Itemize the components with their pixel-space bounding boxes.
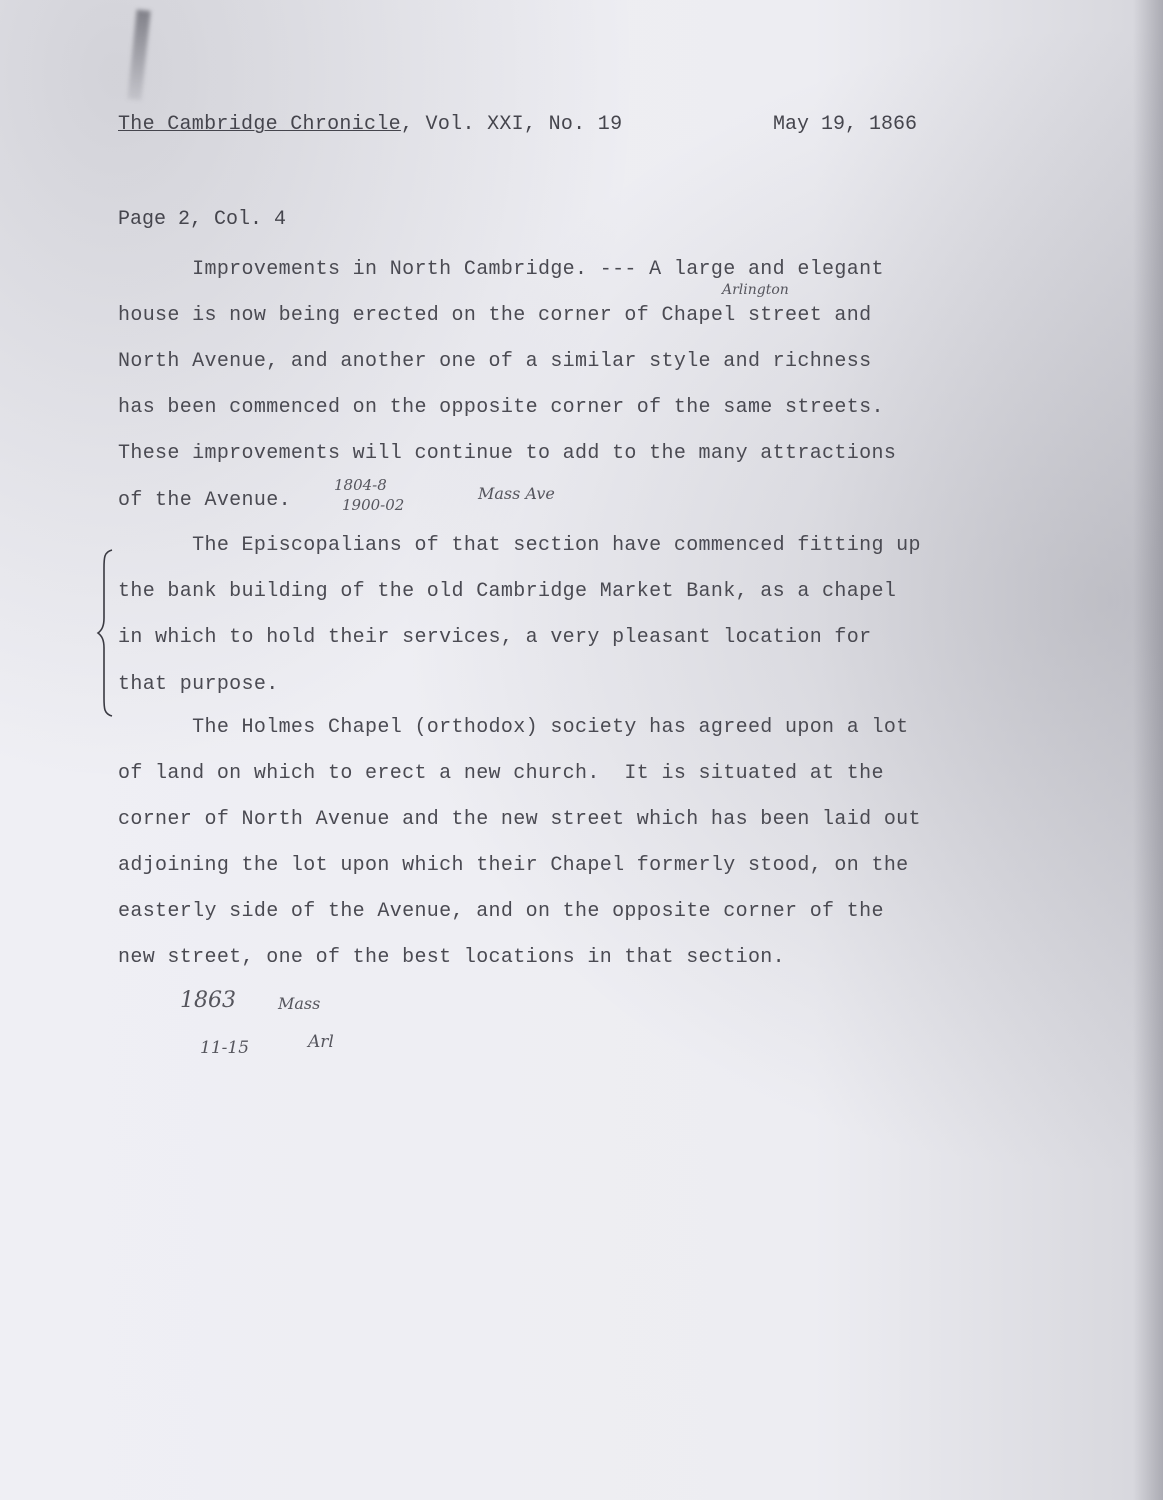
handwritten-mass-ave: Mass Ave	[478, 484, 555, 503]
handwritten-dates-2: 1900-02	[342, 496, 404, 514]
handwritten-dates-1: 1804-8	[334, 476, 387, 494]
text-line: in which to hold their services, a very …	[118, 626, 871, 649]
text-line: has been commenced on the opposite corne…	[118, 396, 884, 419]
text-line: Improvements in North Cambridge. --- A l…	[118, 258, 884, 281]
volume-issue: , Vol. XXI, No. 19	[401, 113, 622, 136]
handwritten-arlington: Arlington	[722, 282, 789, 298]
publication-title: The Cambridge Chronicle	[118, 113, 401, 136]
page-column-reference: Page 2, Col. 4	[118, 208, 286, 231]
scanned-page: The Cambridge Chronicle, Vol. XXI, No. 1…	[0, 0, 1163, 1500]
citation-header: The Cambridge Chronicle, Vol. XXI, No. 1…	[118, 113, 622, 136]
text-line: The Episcopalians of that section have c…	[118, 534, 921, 557]
text-line: The Holmes Chapel (orthodox) society has…	[118, 716, 909, 739]
text-line: house is now being erected on the corner…	[118, 304, 871, 327]
handwritten-arl: Arl	[308, 1032, 334, 1052]
handwritten-mass: Mass	[278, 994, 320, 1013]
text-line: easterly side of the Avenue, and on the …	[118, 900, 884, 923]
scan-streak	[127, 10, 150, 101]
text-line: of land on which to erect a new church. …	[118, 762, 884, 785]
text-line: the bank building of the old Cambridge M…	[118, 580, 896, 603]
text-line: that purpose.	[118, 673, 279, 696]
text-line: corner of North Avenue and the new stree…	[118, 808, 921, 831]
text-line: of the Avenue.	[118, 489, 291, 512]
scan-shadow	[1133, 0, 1163, 1500]
bracket-mark	[96, 548, 114, 718]
text-line: North Avenue, and another one of a simil…	[118, 350, 871, 373]
text-line: These improvements will continue to add …	[118, 442, 896, 465]
handwritten-year: 1863	[180, 988, 236, 1013]
text-line: adjoining the lot upon which their Chape…	[118, 854, 909, 877]
handwritten-range: 11-15	[200, 1038, 249, 1058]
publication-date: May 19, 1866	[773, 113, 917, 136]
text-line: new street, one of the best locations in…	[118, 946, 785, 969]
